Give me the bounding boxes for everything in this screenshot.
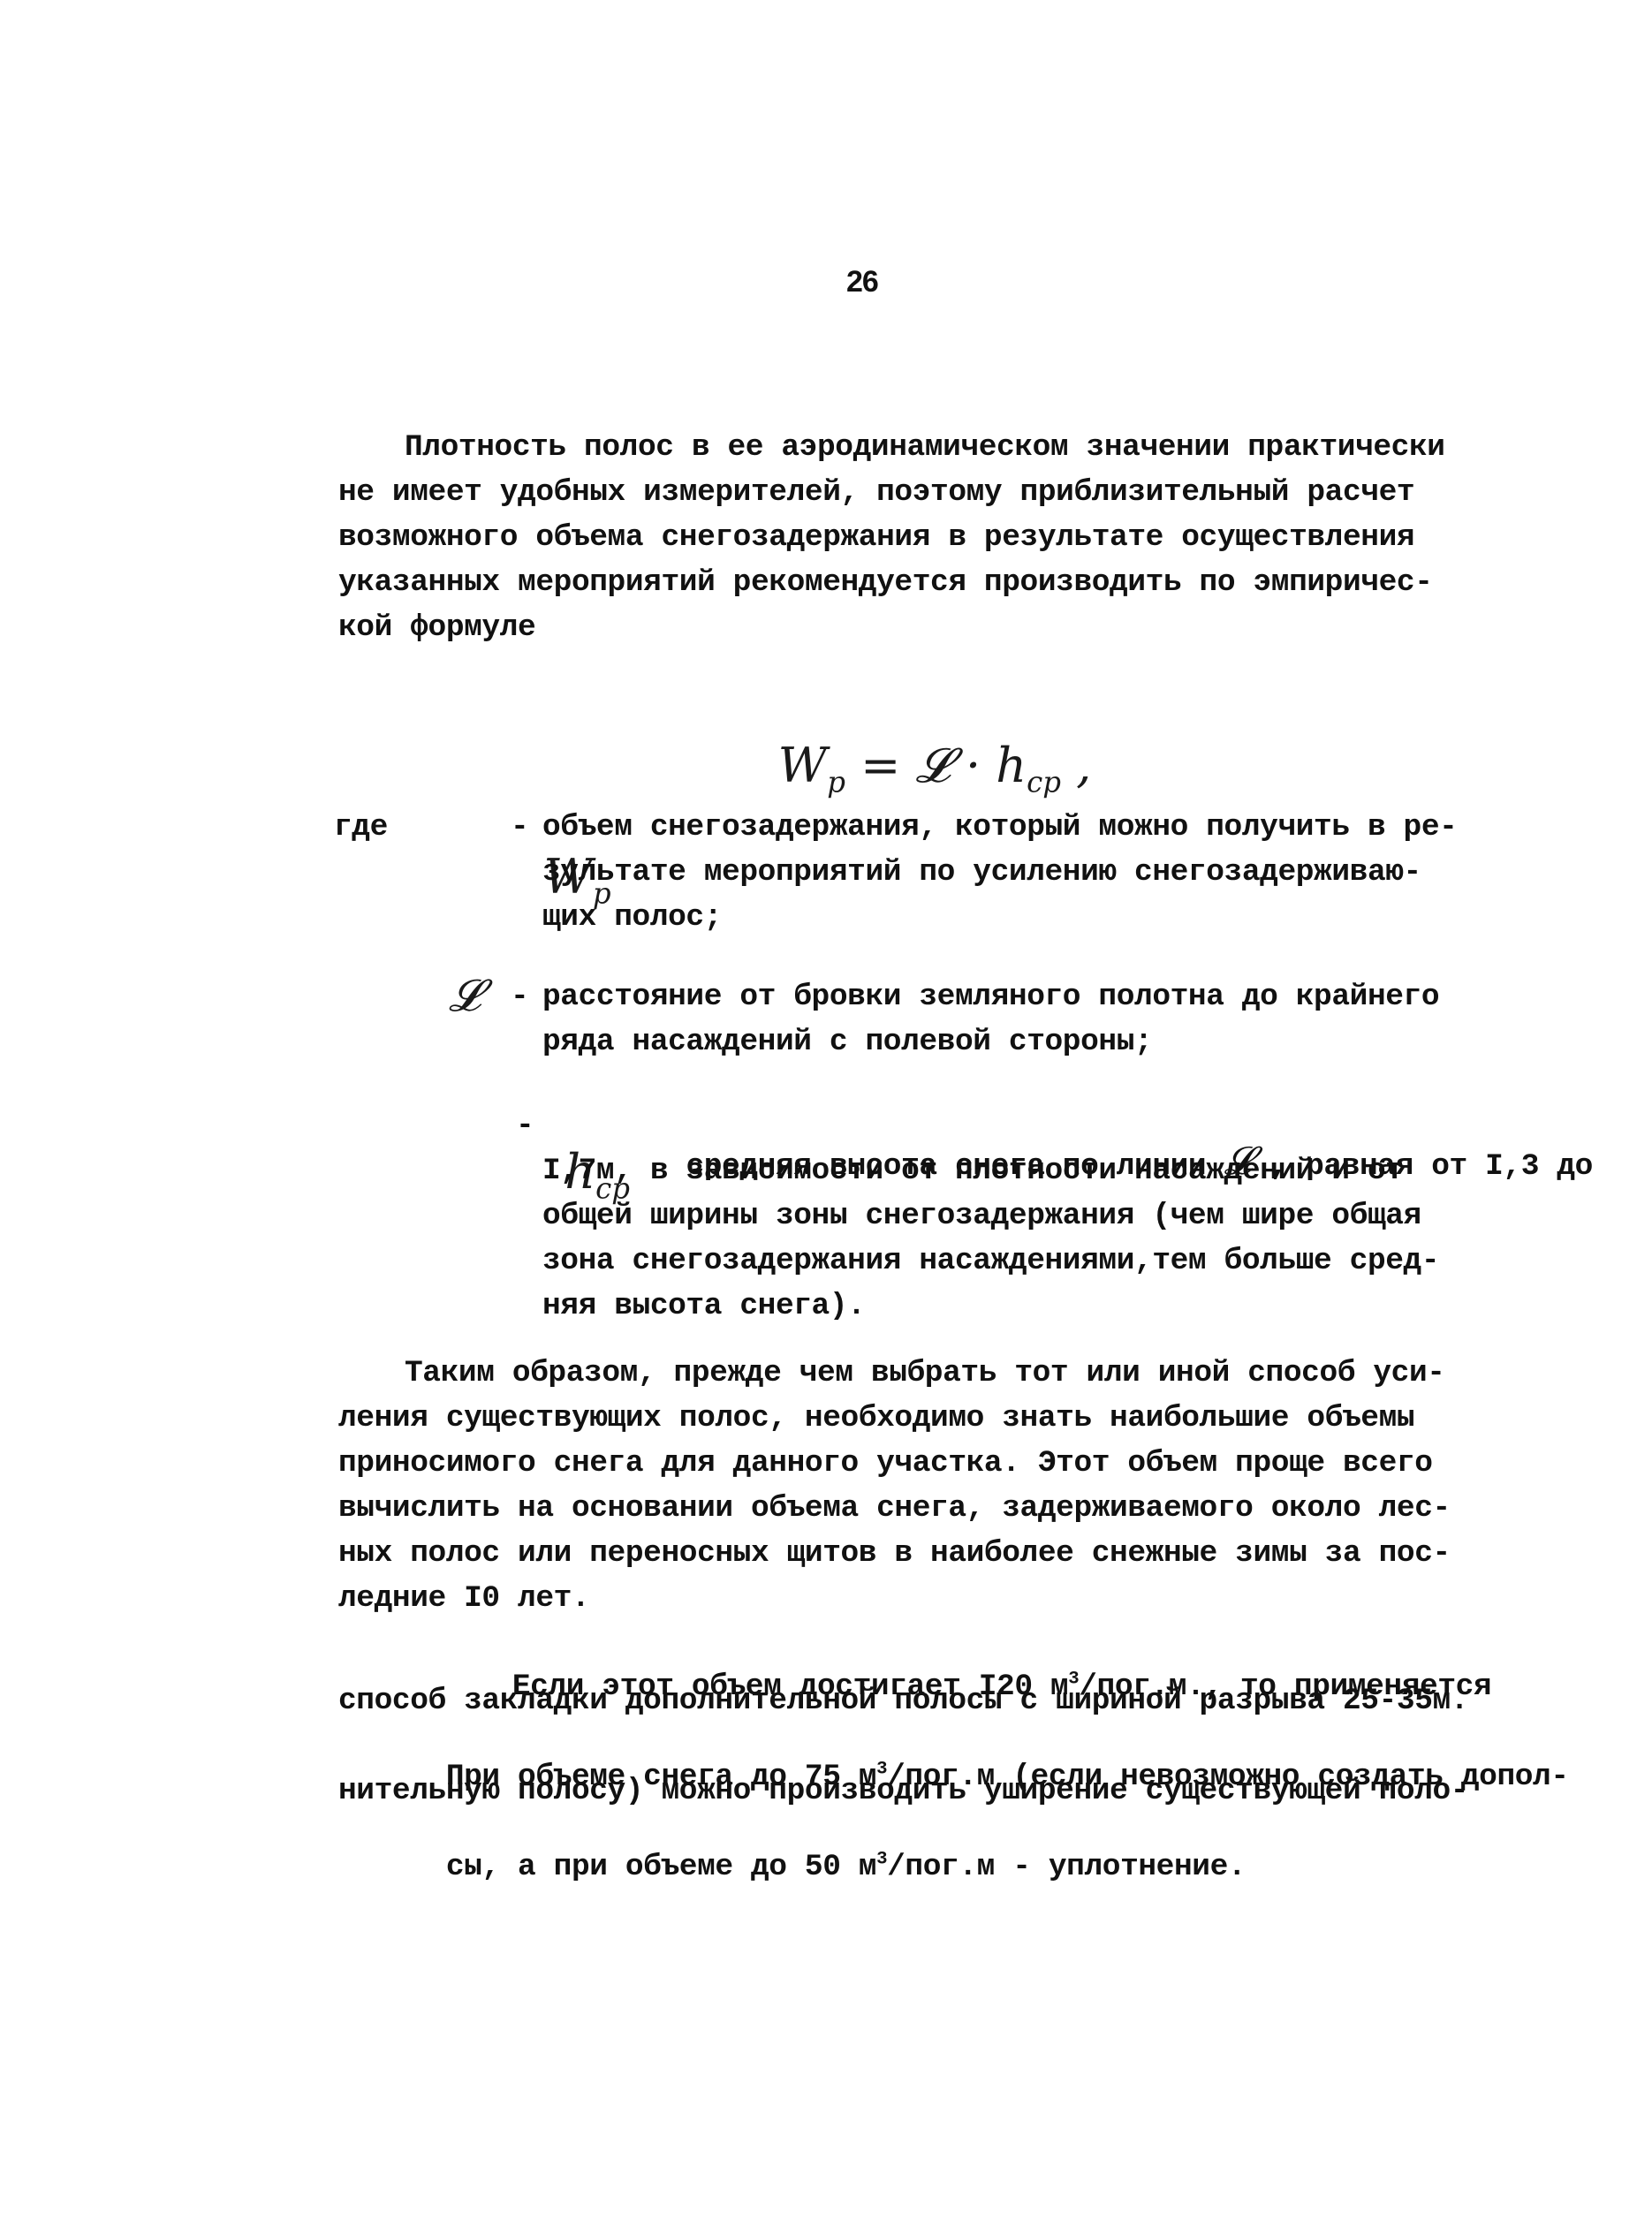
definition-dash: -	[516, 1111, 534, 1142]
formula-equals: =	[845, 738, 916, 793]
formula-lhs-sub: р	[827, 765, 845, 799]
text-line: ления существующих полос, необходимо зна…	[338, 1404, 1414, 1435]
text-line: приносимого снега для данного участка. Э…	[338, 1449, 1433, 1480]
text-line: сы, а при объеме до 50 м3/пог.м - уплотн…	[338, 1821, 1246, 1913]
text-line: вычислить на основании объема снега, зад…	[338, 1494, 1451, 1525]
text-line: зона снегозадержания насаждениями,тем бо…	[542, 1246, 1439, 1277]
text-line: кой формуле	[338, 613, 535, 644]
text-line: расстояние от бровки земляного полотна д…	[542, 982, 1439, 1013]
definition-dash: -	[511, 813, 528, 844]
where-label: где	[334, 813, 388, 844]
text-line: нительную полосу) можно производить ушир…	[338, 1776, 1468, 1807]
text-line: указанных мероприятий рекомендуется прои…	[338, 568, 1433, 599]
text-line: объем снегозадержания, который можно пол…	[542, 813, 1457, 844]
text-line: Плотность полос в ее аэродинамическом зн…	[405, 433, 1445, 464]
page-number: 26	[846, 265, 878, 299]
formula-trailing: ,	[1061, 738, 1091, 793]
text-line: возможного объема снегозадержания в резу…	[338, 523, 1414, 554]
formula-var-l: 𝓛	[916, 738, 951, 793]
text-line: не имеет удобных измерителей, поэтому пр…	[338, 478, 1414, 509]
text-line: ных полос или переносных щитов в наиболе…	[338, 1539, 1451, 1570]
text-line: ряда насаждений с полевой стороны;	[542, 1027, 1152, 1058]
text-line: способ закладки дополнительной полосы с …	[338, 1686, 1468, 1717]
formula-dot: ·	[951, 738, 997, 793]
definition-symbol: 𝓛	[449, 970, 481, 1022]
text-line: Таким образом, прежде чем выбрать тот ил…	[405, 1359, 1445, 1390]
formula-lhs: W	[778, 738, 828, 793]
text-line: няя высота снега).	[542, 1291, 865, 1322]
text-line: щих полос;	[542, 903, 722, 934]
text-line: общей ширины зоны снегозадержания (чем ш…	[542, 1201, 1421, 1232]
text-line: зультате мероприятий по усилению снегоза…	[542, 858, 1421, 889]
text-line: I,7м, в зависимости от плотности насажде…	[542, 1156, 1404, 1187]
formula-var-h: h	[996, 738, 1027, 793]
formula-var-h-sub: ср	[1027, 765, 1061, 799]
text-line: ледние I0 лет.	[338, 1584, 589, 1615]
definition-dash: -	[511, 982, 528, 1013]
